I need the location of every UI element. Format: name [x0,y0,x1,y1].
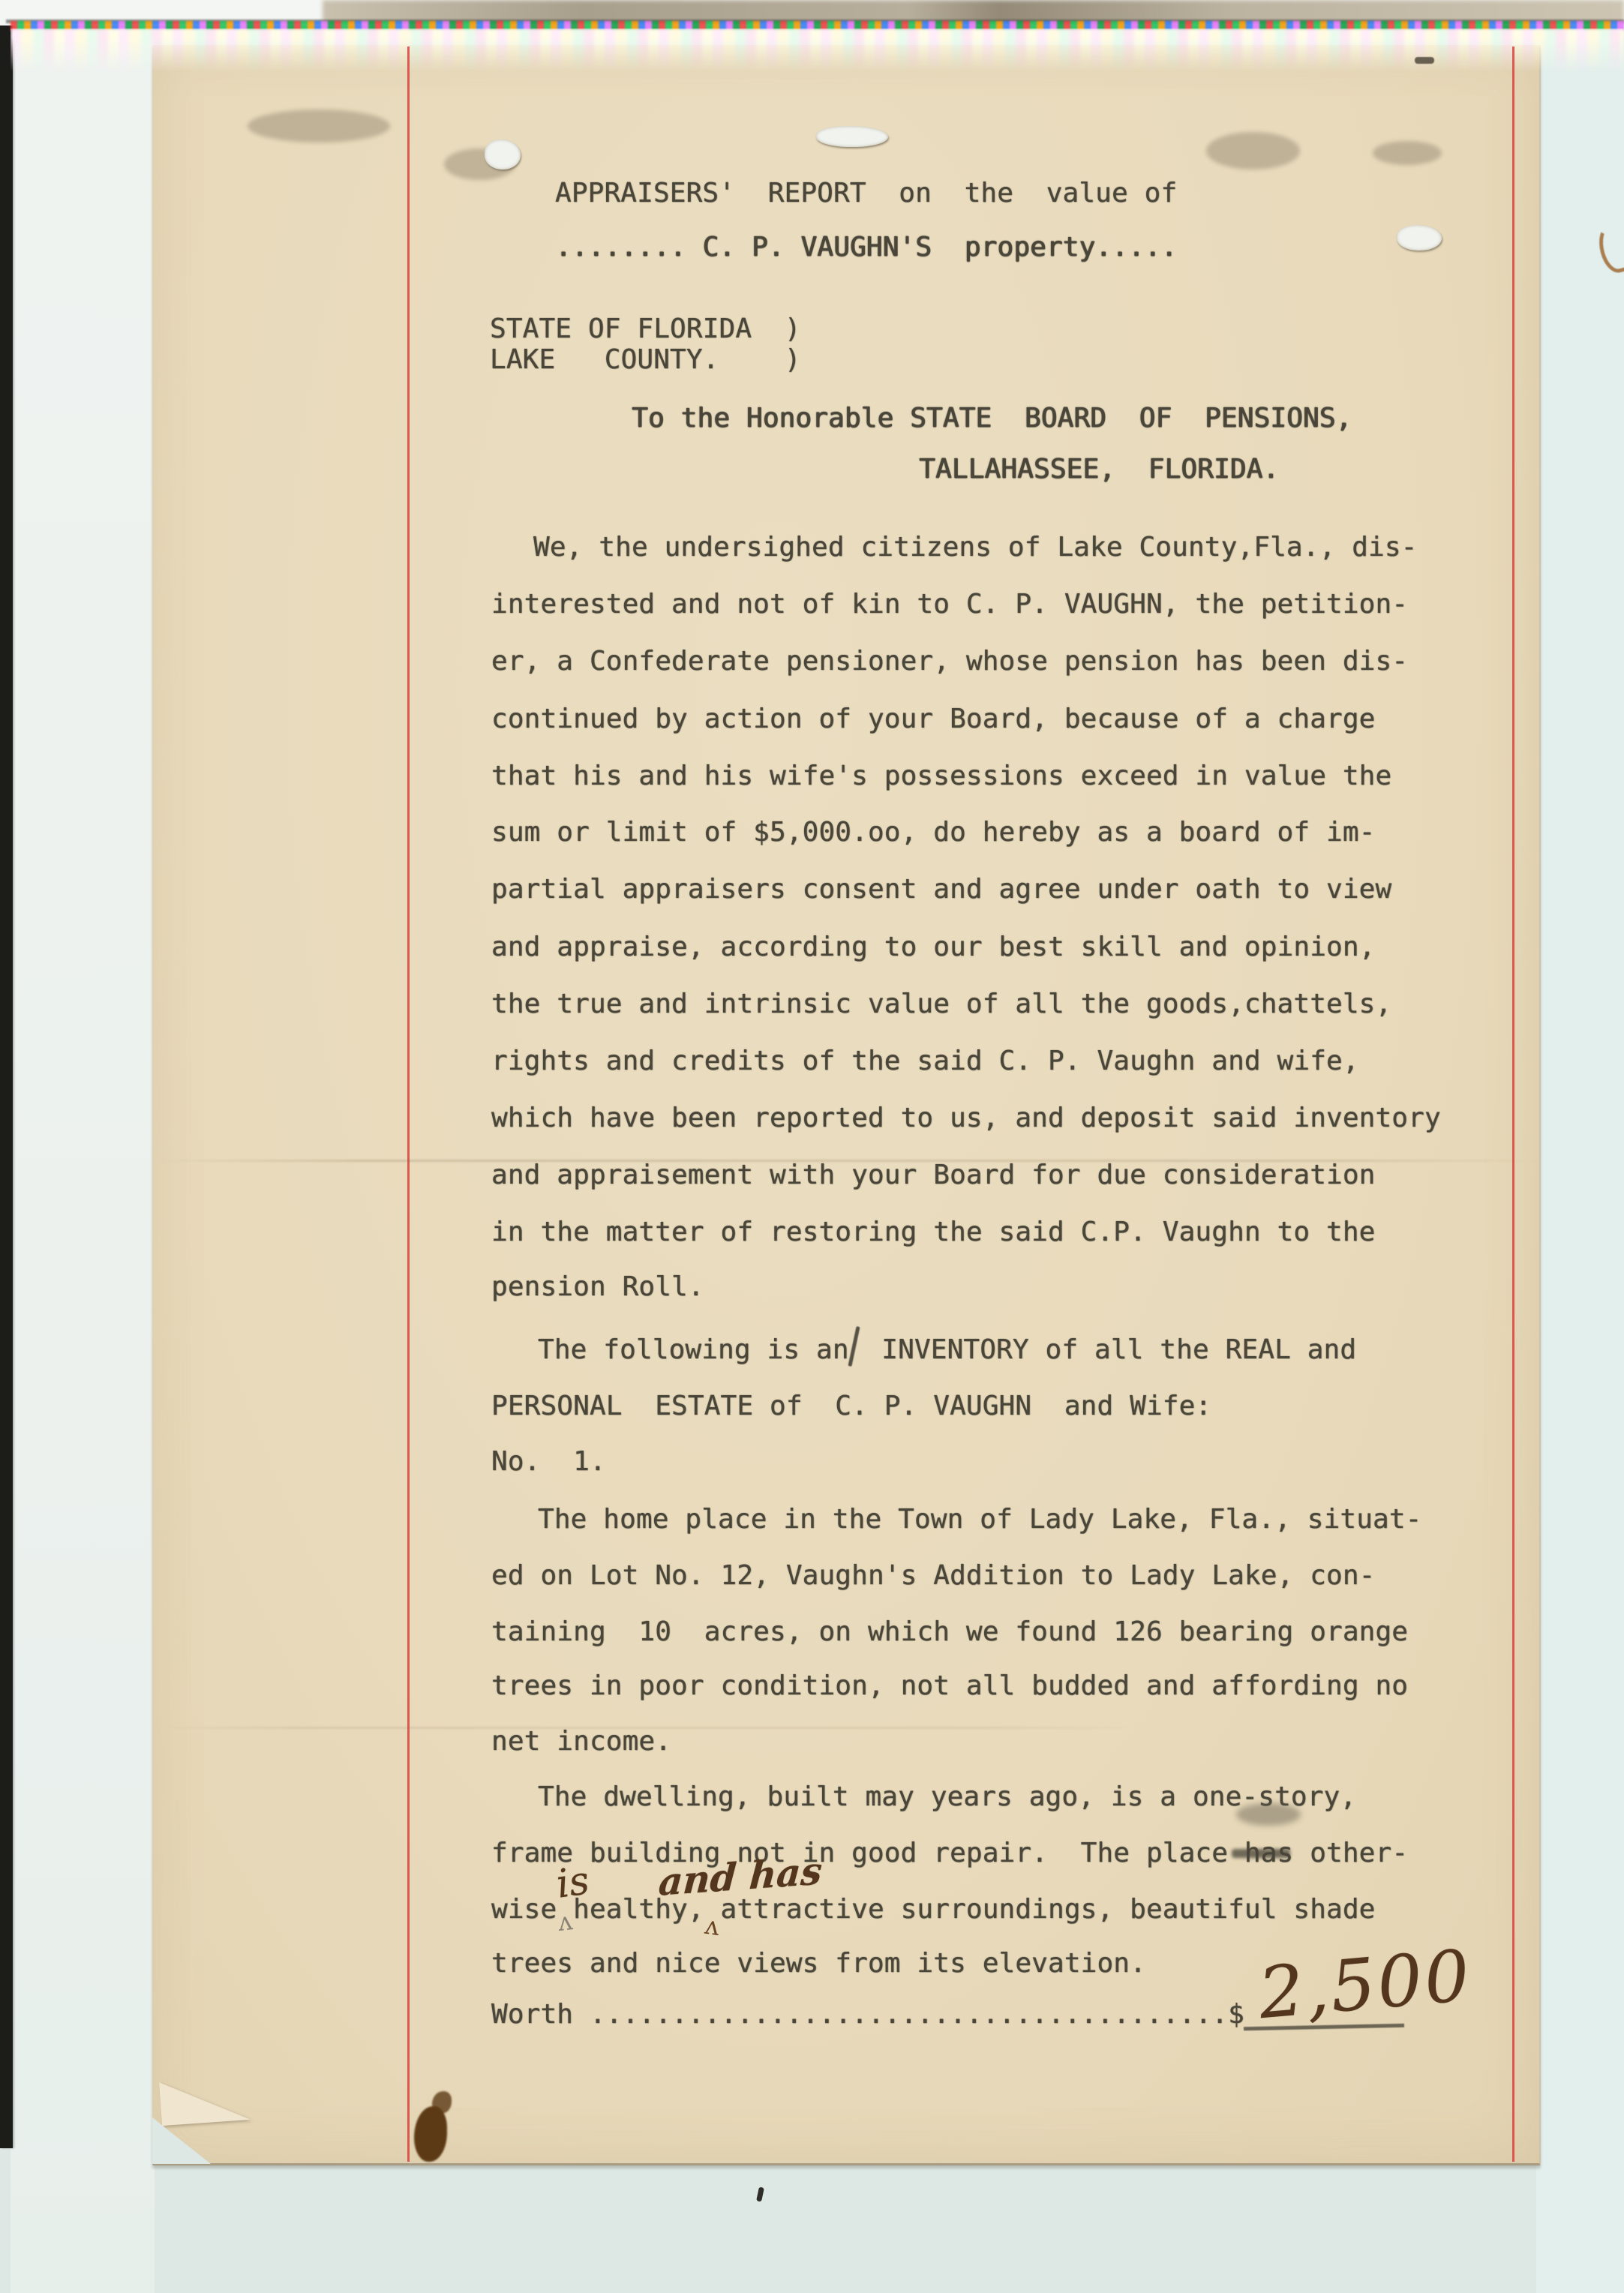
report-title-line1: APPRAISERS' REPORT on the value of [555,180,1177,207]
typed-line: interested and not of kin to C. P. VAUGH… [491,591,1408,618]
torn-patch [1397,225,1442,251]
typed-line: in the matter of restoring the said C.P.… [491,1219,1376,1246]
left-margin-rule [407,47,410,2162]
pencil-smear [1236,1803,1301,1826]
scan-background-right [1536,0,1624,2293]
report-title-line2: ........ C. P. VAUGHN'S property..... [555,234,1177,261]
typed-line: trees and nice views from its elevation. [491,1950,1146,1977]
typed-line: The dwelling, built may years ago, is a … [538,1784,1356,1811]
worth-label-dotted-line: Worth ..................................… [491,2001,1244,2028]
paper-smudge [1373,141,1442,165]
typed-line: that his and his wife's possessions exce… [491,763,1391,790]
scanner-color-fringe-fade [11,29,1624,72]
jurisdiction-state: STATE OF FLORIDA ) [490,316,801,343]
salutation-line1: To the Honorable STATE BOARD OF PENSIONS… [632,405,1352,432]
paper-smudge [1206,132,1300,170]
typed-line: The home place in the Town of Lady Lake,… [538,1506,1422,1533]
scanned-document-appraisers-report: APPRAISERS' REPORT on the value of .....… [0,0,1624,2293]
text-after-strike: other- [1293,1838,1408,1868]
corner-fold-cut [152,2117,211,2164]
staple-hole [485,140,521,170]
inventory-item-number: No. 1. [491,1448,606,1475]
typed-line: net income. [491,1728,671,1755]
typed-line: partial appraisers consent and agree und… [491,876,1391,903]
jurisdiction-county: LAKE COUNTY. ) [490,347,801,374]
ink-speck [1415,57,1434,64]
typed-line: continued by action of your Board, becau… [491,706,1376,733]
typed-line: rights and credits of the said C. P. Vau… [491,1048,1359,1075]
typed-line: and appraise, according to our best skil… [491,934,1376,961]
right-margin-rule [1512,47,1514,2162]
inventory-heading-line: PERSONAL ESTATE of C. P. VAUGHN and Wife… [491,1393,1211,1420]
typed-line: trees in poor condition, not all budded … [491,1673,1408,1700]
backing-sheet-edge [11,27,155,2293]
typed-line: pension Roll. [491,1274,704,1301]
typed-line: the true and intrinsic value of all the … [491,991,1391,1018]
typed-line: sum or limit of $5,000.oo, do hereby as … [491,819,1376,846]
paper-smudge [248,110,390,143]
torn-patch [816,126,888,147]
typed-line: and appraisement with your Board for due… [491,1162,1376,1189]
inventory-heading-line: The following is an INVENTORY of all the… [538,1337,1356,1364]
typed-line: which have been reported to us, and depo… [491,1105,1441,1132]
typed-line: We, the undersighed citizens of Lake Cou… [533,534,1418,561]
text-before-strike: frame building not in good repair. The p… [491,1838,1244,1868]
handwritten-insertion-is: is [554,1858,592,1907]
salutation-line2: TALLAHASSEE, FLORIDA. [919,456,1279,483]
typed-line: ed on Lot No. 12, Vaughn's Addition to L… [491,1562,1376,1589]
typed-line: taining 10 acres, on which we found 126 … [491,1619,1408,1646]
ink-tick-below-paper [756,2186,764,2201]
typed-line: wise healthy, attractive surroundings, b… [491,1896,1376,1923]
typed-line: er, a Confederate pensioner, whose pensi… [491,648,1408,675]
insertion-caret-pencil: ʌ [557,1906,574,1937]
scan-edge-black-strip [0,20,13,2148]
strikeout-bar [1232,1849,1290,1858]
